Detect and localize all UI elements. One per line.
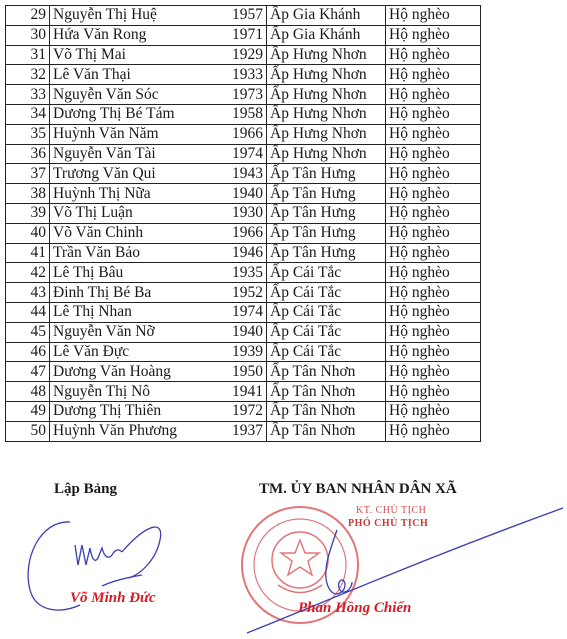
row-number: 32 (6, 65, 50, 85)
hamlet: Ấp Hưng Nhơn (267, 144, 386, 164)
birth-year: 1971 (232, 26, 263, 44)
hamlet: Ấp Hưng Nhơn (267, 104, 386, 124)
household-status: Hộ nghèo (386, 362, 481, 382)
person-name: Võ Văn Chinh1966 (50, 223, 267, 243)
birth-year: 1972 (232, 402, 263, 420)
person-name: Hứa Văn Rong1971 (50, 25, 267, 45)
birth-year: 1940 (232, 323, 263, 341)
row-number: 39 (6, 203, 50, 223)
household-status: Hộ nghèo (386, 184, 481, 204)
table-row: 48Nguyễn Thị Nô1941Ấp Tân NhơnHộ nghèo (6, 382, 481, 402)
row-number: 38 (6, 184, 50, 204)
row-number: 36 (6, 144, 50, 164)
person-name: Nguyễn Văn Sóc1973 (50, 85, 267, 105)
hamlet: Ấp Tân Nhơn (267, 362, 386, 382)
hamlet: Ấp Tân Hưng (267, 243, 386, 263)
table-row: 41Trần Văn Bảo1946Ấp Tân HưngHộ nghèo (6, 243, 481, 263)
birth-year: 1974 (232, 303, 263, 321)
row-number: 49 (6, 401, 50, 421)
person-name: Võ Thị Mai1929 (50, 45, 267, 65)
person-name: Nguyễn Thị Nô1941 (50, 382, 267, 402)
row-number: 40 (6, 223, 50, 243)
person-name-text: Võ Thị Luận (53, 204, 133, 222)
birth-year: 1966 (232, 125, 263, 143)
table-row: 39Võ Thị Luận1930Ấp Tân HưngHộ nghèo (6, 203, 481, 223)
person-name-text: Lê Thị Nhan (53, 303, 132, 321)
table-row: 47Dương Văn Hoàng1950Ấp Tân NhơnHộ nghèo (6, 362, 481, 382)
table-row: 29Nguyễn Thị Huệ1957Ấp Gia KhánhHộ nghèo (6, 6, 481, 26)
hamlet: Ấp Tân Hưng (267, 223, 386, 243)
person-name-text: Đinh Thị Bé Ba (53, 284, 151, 302)
committee-title: TM. ỦY BAN NHÂN DÂN XÃ (259, 481, 457, 498)
hamlet: Ấp Gia Khánh (267, 25, 386, 45)
person-name: Nguyễn Thị Huệ1957 (50, 6, 267, 26)
birth-year: 1966 (232, 224, 263, 242)
row-number: 47 (6, 362, 50, 382)
person-name: Lê Văn Đực1939 (50, 342, 267, 362)
person-name-text: Võ Thị Mai (53, 46, 126, 64)
household-status: Hộ nghèo (386, 144, 481, 164)
table-row: 32Lê Văn Thại1933Ấp Hưng NhơnHộ nghèo (6, 65, 481, 85)
household-status: Hộ nghèo (386, 322, 481, 342)
birth-year: 1929 (232, 46, 263, 64)
person-name-text: Nguyễn Văn Tài (53, 145, 156, 163)
table-row: 44Lê Thị Nhan1974Ấp Cái TắcHộ nghèo (6, 302, 481, 322)
household-table: 29Nguyễn Thị Huệ1957Ấp Gia KhánhHộ nghèo… (5, 5, 481, 442)
table-row: 42Lê Thị Bâu1935Ấp Cái TắcHộ nghèo (6, 263, 481, 283)
person-name: Dương Thị Thiên1972 (50, 401, 267, 421)
person-name: Huỳnh Văn Năm1966 (50, 124, 267, 144)
person-name: Huỳnh Văn Phương1937 (50, 421, 267, 441)
person-name-text: Lê Văn Thại (53, 66, 131, 84)
person-name-text: Nguyễn Thị Nô (53, 383, 150, 401)
person-name: Trương Văn Qui1943 (50, 164, 267, 184)
table-row: 30Hứa Văn Rong1971Ấp Gia KhánhHộ nghèo (6, 25, 481, 45)
hamlet: Ấp Cái Tắc (267, 302, 386, 322)
person-name-text: Võ Văn Chinh (53, 224, 143, 242)
person-name: Đinh Thị Bé Ba1952 (50, 283, 267, 303)
person-name: Dương Văn Hoàng1950 (50, 362, 267, 382)
household-status: Hộ nghèo (386, 302, 481, 322)
table-row: 49Dương Thị Thiên1972Ấp Tân NhơnHộ nghèo (6, 401, 481, 421)
table-row: 37Trương Văn Qui1943Ấp Tân HưngHộ nghèo (6, 164, 481, 184)
hamlet: Ấp Cái Tắc (267, 263, 386, 283)
birth-year: 1933 (232, 66, 263, 84)
person-name: Lê Thị Nhan1974 (50, 302, 267, 322)
household-status: Hộ nghèo (386, 223, 481, 243)
person-name: Lê Văn Thại1933 (50, 65, 267, 85)
birth-year: 1940 (232, 185, 263, 203)
person-name-text: Lê Văn Đực (53, 343, 129, 361)
birth-year: 1958 (232, 105, 263, 123)
person-name: Nguyễn Văn Nỡ1940 (50, 322, 267, 342)
birth-year: 1974 (232, 145, 263, 163)
birth-year: 1973 (232, 86, 263, 104)
hamlet: Ấp Hưng Nhơn (267, 124, 386, 144)
hamlet: Ấp Cái Tắc (267, 322, 386, 342)
person-name-text: Dương Thị Bé Tám (53, 105, 175, 123)
signer-left-name: Võ Minh Đức (70, 590, 156, 607)
household-status: Hộ nghèo (386, 164, 481, 184)
birth-year: 1946 (232, 244, 263, 262)
household-status: Hộ nghèo (386, 65, 481, 85)
hamlet: Ấp Hưng Nhơn (267, 85, 386, 105)
hamlet: Ấp Tân Hưng (267, 184, 386, 204)
table-row: 33Nguyễn Văn Sóc1973Ấp Hưng NhơnHộ nghèo (6, 85, 481, 105)
birth-year: 1930 (232, 204, 263, 222)
row-number: 33 (6, 85, 50, 105)
household-status: Hộ nghèo (386, 421, 481, 441)
birth-year: 1941 (232, 383, 263, 401)
household-status: Hộ nghèo (386, 6, 481, 26)
birth-year: 1937 (232, 422, 263, 440)
hamlet: Ấp Gia Khánh (267, 6, 386, 26)
household-status: Hộ nghèo (386, 45, 481, 65)
birth-year: 1950 (232, 363, 263, 381)
row-number: 30 (6, 25, 50, 45)
household-status: Hộ nghèo (386, 401, 481, 421)
table-row: 34Dương Thị Bé Tám1958Ấp Hưng NhơnHộ ngh… (6, 104, 481, 124)
person-name-text: Dương Thị Thiên (53, 402, 161, 420)
table-row: 46Lê Văn Đực1939Ấp Cái TắcHộ nghèo (6, 342, 481, 362)
person-name-text: Trần Văn Bảo (53, 244, 140, 262)
household-status: Hộ nghèo (386, 25, 481, 45)
table-row: 31Võ Thị Mai1929Ấp Hưng NhơnHộ nghèo (6, 45, 481, 65)
person-name-text: Nguyễn Văn Sóc (53, 86, 159, 104)
table-row: 35Huỳnh Văn Năm1966Ấp Hưng NhơnHộ nghèo (6, 124, 481, 144)
row-number: 44 (6, 302, 50, 322)
person-name: Lê Thị Bâu1935 (50, 263, 267, 283)
hamlet: Ấp Tân Nhơn (267, 382, 386, 402)
household-status: Hộ nghèo (386, 243, 481, 263)
hamlet: Ấp Tân Hưng (267, 203, 386, 223)
household-status: Hộ nghèo (386, 263, 481, 283)
birth-year: 1952 (232, 284, 263, 302)
row-number: 41 (6, 243, 50, 263)
hamlet: Ấp Tân Nhơn (267, 401, 386, 421)
household-status: Hộ nghèo (386, 342, 481, 362)
deputy-label-2: PHÓ CHỦ TỊCH (348, 518, 428, 529)
hamlet: Ấp Cái Tắc (267, 342, 386, 362)
hamlet: Ấp Tân Nhơn (267, 421, 386, 441)
person-name-text: Dương Văn Hoàng (53, 363, 171, 381)
person-name-text: Lê Thị Bâu (53, 264, 123, 282)
row-number: 37 (6, 164, 50, 184)
household-status: Hộ nghèo (386, 283, 481, 303)
table-row: 45Nguyễn Văn Nỡ1940Ấp Cái TắcHộ nghèo (6, 322, 481, 342)
row-number: 48 (6, 382, 50, 402)
table-row: 50Huỳnh Văn Phương1937Ấp Tân NhơnHộ nghè… (6, 421, 481, 441)
row-number: 34 (6, 104, 50, 124)
row-number: 29 (6, 6, 50, 26)
row-number: 46 (6, 342, 50, 362)
table-row: 43Đinh Thị Bé Ba1952Ấp Cái TắcHộ nghèo (6, 283, 481, 303)
person-name-text: Nguyễn Thị Huệ (53, 6, 157, 24)
person-name: Trần Văn Bảo1946 (50, 243, 267, 263)
birth-year: 1943 (232, 165, 263, 183)
person-name-text: Huỳnh Văn Năm (53, 125, 159, 143)
household-status: Hộ nghèo (386, 85, 481, 105)
person-name-text: Trương Văn Qui (53, 165, 156, 183)
household-status: Hộ nghèo (386, 203, 481, 223)
person-name-text: Nguyễn Văn Nỡ (53, 323, 155, 341)
row-number: 31 (6, 45, 50, 65)
table-row: 38Huỳnh Thị Nữa1940Ấp Tân HưngHộ nghèo (6, 184, 481, 204)
birth-year: 1957 (232, 6, 263, 24)
row-number: 35 (6, 124, 50, 144)
birth-year: 1939 (232, 343, 263, 361)
row-number: 50 (6, 421, 50, 441)
hamlet: Ấp Hưng Nhơn (267, 45, 386, 65)
person-name: Võ Thị Luận1930 (50, 203, 267, 223)
hamlet: Ấp Hưng Nhơn (267, 65, 386, 85)
person-name: Dương Thị Bé Tám1958 (50, 104, 267, 124)
table-row: 40Võ Văn Chinh1966Ấp Tân HưngHộ nghèo (6, 223, 481, 243)
household-status: Hộ nghèo (386, 382, 481, 402)
person-name-text: Hứa Văn Rong (53, 26, 146, 44)
household-status: Hộ nghèo (386, 104, 481, 124)
household-status: Hộ nghèo (386, 124, 481, 144)
person-name: Huỳnh Thị Nữa1940 (50, 184, 267, 204)
signer-right-name: Phan Hồng Chiến (298, 600, 411, 617)
row-number: 43 (6, 283, 50, 303)
table-row: 36Nguyễn Văn Tài1974Ấp Hưng NhơnHộ nghèo (6, 144, 481, 164)
person-name-text: Huỳnh Văn Phương (53, 422, 177, 440)
person-name-text: Huỳnh Thị Nữa (53, 185, 151, 203)
hamlet: Ấp Tân Hưng (267, 164, 386, 184)
row-number: 42 (6, 263, 50, 283)
row-number: 45 (6, 322, 50, 342)
birth-year: 1935 (232, 264, 263, 282)
deputy-label-1: KT. CHỦ TỊCH (356, 505, 426, 516)
person-name: Nguyễn Văn Tài1974 (50, 144, 267, 164)
hamlet: Ấp Cái Tắc (267, 283, 386, 303)
prepared-by-label: Lập Bảng (54, 481, 117, 498)
